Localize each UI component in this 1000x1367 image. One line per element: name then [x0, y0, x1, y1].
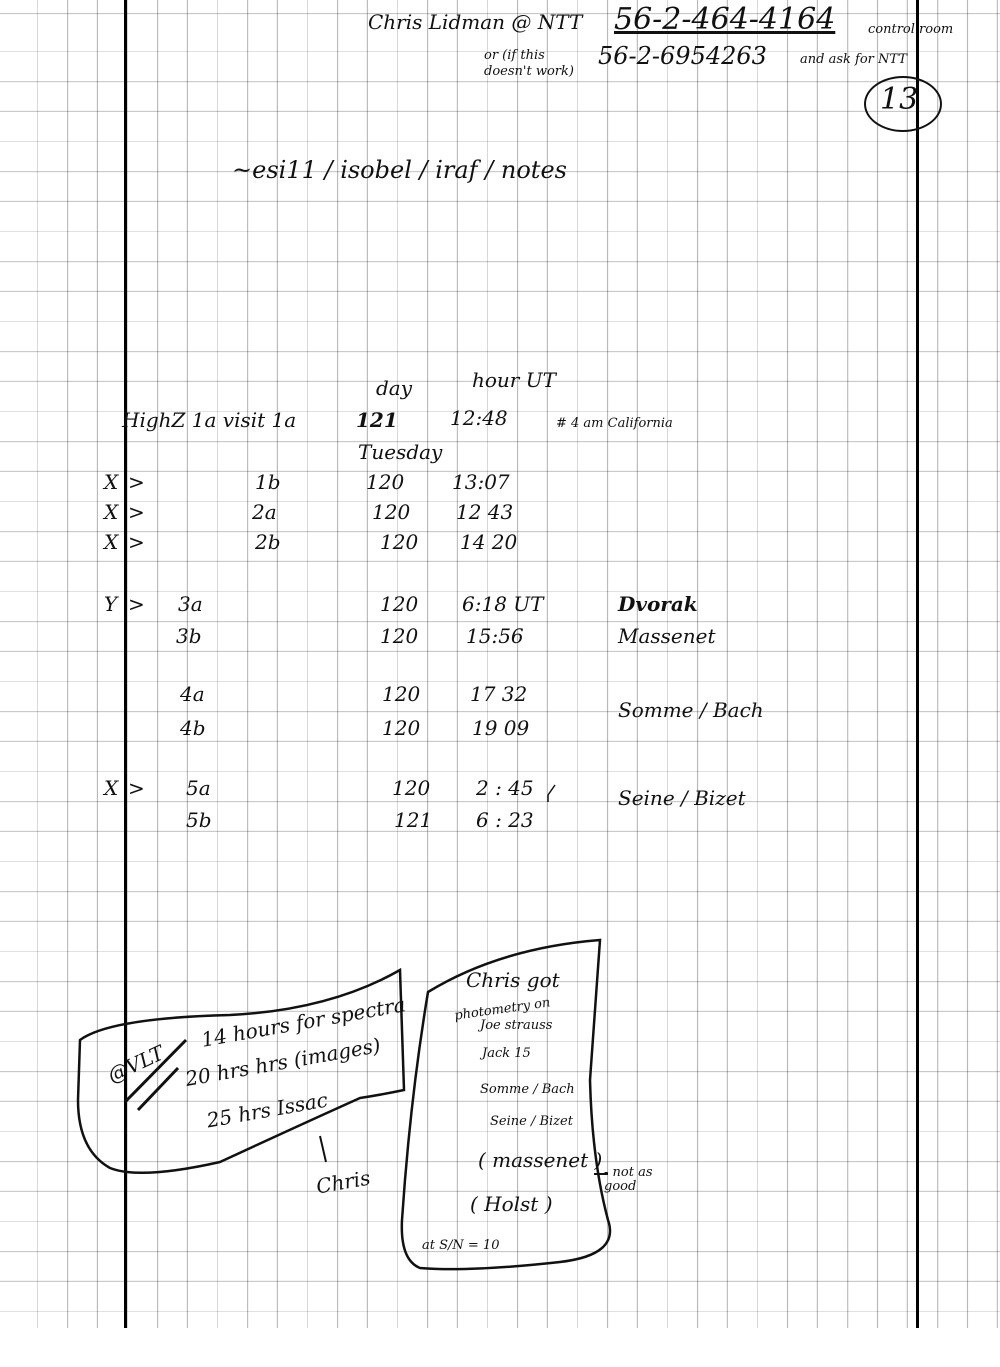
- list-item: ( Holst ): [470, 1192, 553, 1216]
- visit-id: 5b: [186, 808, 212, 832]
- list-item: ( massenet ): [478, 1148, 602, 1172]
- column-header-hour: hour UT: [472, 368, 556, 392]
- phone-primary: 56-2-464-4164: [614, 2, 835, 37]
- chris-box-side-note: - not as good: [604, 1166, 654, 1194]
- observer-note: Dvorak: [618, 592, 698, 616]
- day-value: 120: [382, 682, 420, 706]
- hour-value: 6 : 23: [476, 808, 534, 832]
- phone-alt: 56-2-6954263: [598, 42, 767, 70]
- arrow-mark: >: [128, 470, 145, 494]
- visit-id: 4b: [180, 716, 206, 740]
- alt-prefix: or (if this doesn't work): [484, 48, 594, 80]
- notebook-page: Chris Lidman @ NTT 56-2-464-4164 control…: [0, 0, 1000, 1367]
- day-value: 120: [366, 470, 404, 494]
- arrow-mark: >: [128, 592, 145, 616]
- observer-note: Massenet: [618, 624, 716, 648]
- phone-primary-note: control room: [868, 22, 953, 37]
- check-mark: Y: [104, 592, 117, 616]
- hour-value: 13:07: [452, 470, 510, 494]
- visit-id: 3b: [176, 624, 202, 648]
- first-row-label: HighZ 1a visit 1a: [122, 408, 296, 432]
- hour-value: 12 43: [456, 500, 513, 524]
- check-mark: X: [104, 776, 118, 800]
- column-header-day: day: [376, 376, 412, 400]
- arrow-mark: >: [128, 776, 145, 800]
- list-item: Seine / Bizet: [490, 1114, 573, 1129]
- hour-value: 14 20: [460, 530, 517, 554]
- day-value: 120: [382, 716, 420, 740]
- chris-box-title: Chris got: [466, 968, 560, 992]
- hour-value: 2 : 45: [476, 776, 534, 800]
- phone-alt-note: and ask for NTT: [800, 52, 907, 67]
- contact-name: Chris Lidman @ NTT: [368, 10, 582, 34]
- page-number: 13: [880, 82, 918, 117]
- day-value: 120: [392, 776, 430, 800]
- visit-id: 3a: [178, 592, 203, 616]
- left-margin-line: [124, 0, 127, 1328]
- visit-id: 1b: [255, 470, 281, 494]
- hour-value: 6:18 UT: [462, 592, 543, 616]
- day-value: 120: [372, 500, 410, 524]
- list-item: Somme / Bach: [480, 1082, 575, 1097]
- visit-id: 4a: [180, 682, 205, 706]
- day-value: 120: [380, 530, 418, 554]
- path-note: ~esi11 / isobel / iraf / notes: [232, 156, 567, 184]
- observer-note: Somme / Bach: [618, 698, 764, 722]
- list-item: Joe strauss: [480, 1018, 552, 1033]
- hour-value: 19 09: [472, 716, 529, 740]
- visit-id: 2b: [255, 530, 281, 554]
- hour-value: 15:56: [466, 624, 524, 648]
- day-value: 121: [394, 808, 432, 832]
- arrow-mark: >: [128, 530, 145, 554]
- observer-note: Seine / Bizet: [618, 786, 746, 810]
- arrow-mark: >: [128, 500, 145, 524]
- visit-id: 5a: [186, 776, 211, 800]
- first-row-note: # 4 am California: [556, 416, 673, 431]
- visit-id: 2a: [252, 500, 277, 524]
- first-row-day: 121: [356, 408, 398, 432]
- check-mark: X: [104, 530, 118, 554]
- check-mark: X: [104, 500, 118, 524]
- check-mark: X: [104, 470, 118, 494]
- day-value: 120: [380, 592, 418, 616]
- hour-value: 17 32: [470, 682, 527, 706]
- day-value: 120: [380, 624, 418, 648]
- list-item: Jack 15: [482, 1046, 531, 1061]
- first-row-hour: 12:48: [450, 406, 508, 430]
- right-margin-line: [916, 0, 919, 1328]
- chris-box-footer: at S/N = 10: [422, 1238, 499, 1253]
- first-row-weekday: Tuesday: [358, 440, 442, 464]
